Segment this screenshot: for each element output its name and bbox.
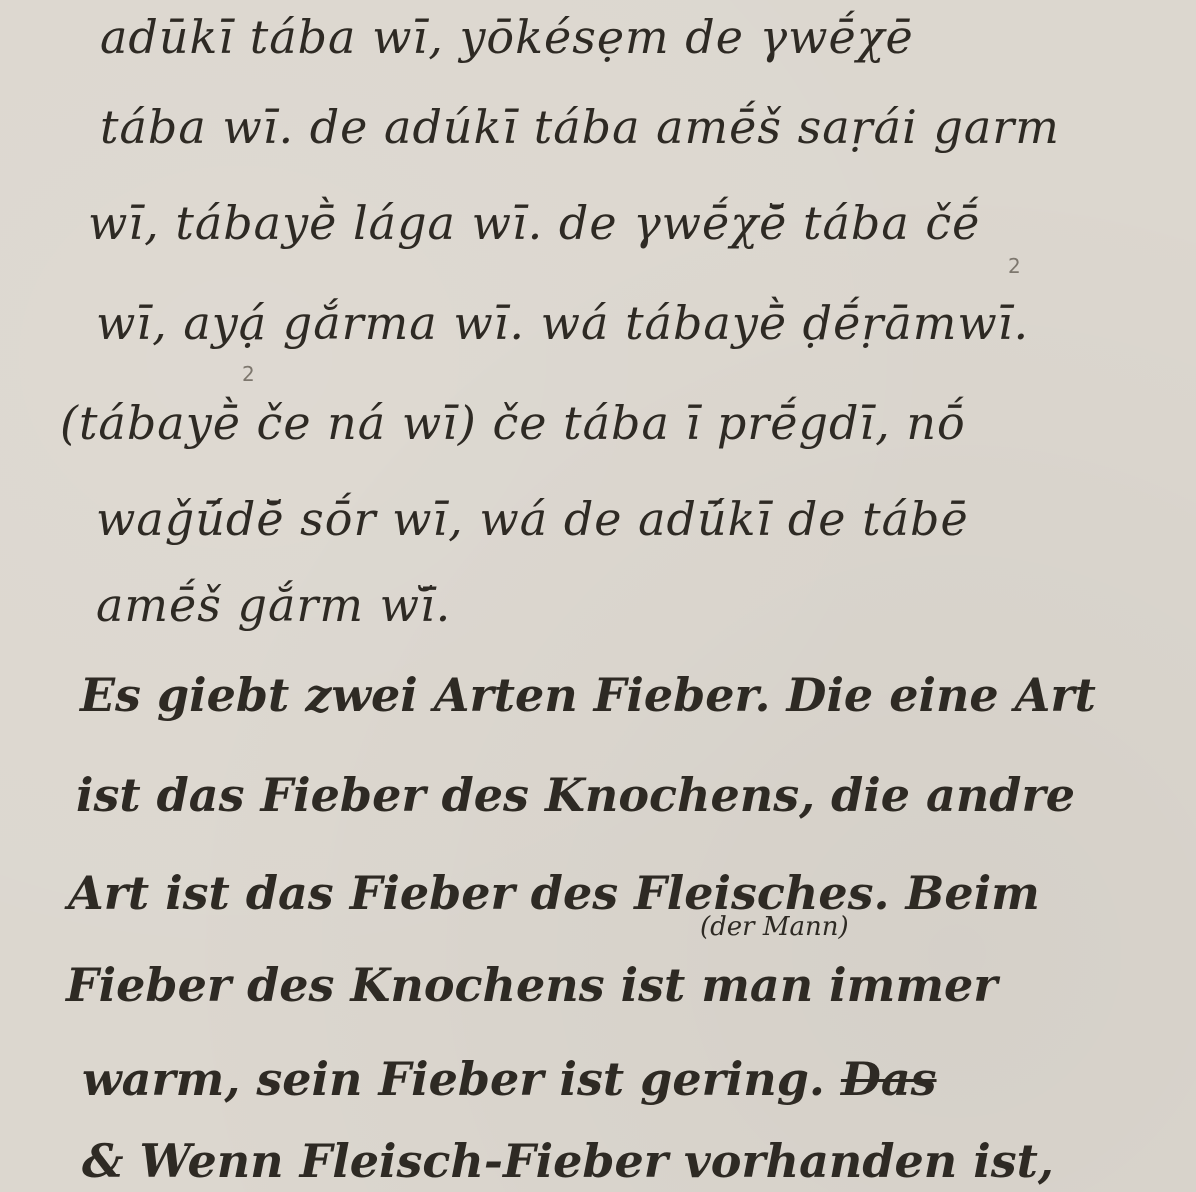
native-line-7: amḗš gắrm wī̆. — [96, 578, 451, 632]
struck-word: Das — [841, 1052, 937, 1106]
native-line-1: adūkī tába wī, yōkésẹm de γwḗχē — [100, 10, 914, 64]
native-line-6: waǧū́dē̆ sṓr wī, wá de adū́kī de tábē — [96, 492, 969, 546]
native-line-4: wī, ayạ́ gắrma wī. wá tábayḕ ḍḗṛāmwī. — [96, 296, 1029, 350]
german-line-2: ist das Fieber des Knochens, die andre — [76, 768, 1075, 822]
pencil-mark-1: 2 — [1008, 254, 1021, 278]
german-line-3: Art ist das Fieber des Fleisches. Beim — [68, 866, 1040, 920]
native-line-5: (tábayḕ če ná wī) če tába ī prḗgdī, nṓ — [60, 396, 966, 450]
german-line-1: Es giebt zwei Arten Fieber. Die eine Art — [80, 668, 1096, 722]
german-line-5-text: warm, sein Fieber ist gering. — [82, 1052, 825, 1106]
pencil-mark-2: 2 — [242, 362, 255, 386]
native-line-2: tába wī. de adúkī tába amḗš saṛái garm — [100, 100, 1060, 154]
german-line-4: Fieber des Knochens ist man immer — [66, 958, 998, 1012]
native-line-3: wī, tábayḕ lága wī. de γwḗχē̆ tába čḗ — [88, 196, 980, 250]
manuscript-page: adūkī tába wī, yōkésẹm de γwḗχē tába wī.… — [0, 0, 1196, 1192]
german-line-6: & Wenn Fleisch-Fieber vorhanden ist, — [82, 1134, 1054, 1188]
german-line-5: warm, sein Fieber ist gering. Das — [82, 1052, 937, 1106]
interlinear-insertion: (der Mann) — [700, 912, 849, 942]
